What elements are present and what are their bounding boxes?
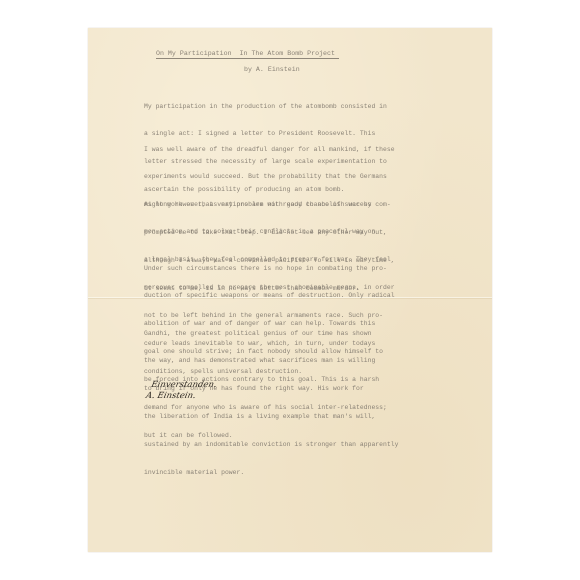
text-line: the liberation of India is a living exam… <box>144 412 398 421</box>
text-line: I was well aware of the dreadful danger … <box>144 145 395 154</box>
signature-approval: Einverstanden. <box>150 380 218 391</box>
text-line: As long however, as nations are not read… <box>144 200 395 209</box>
text-line: Under such circumstances there is no hop… <box>144 264 395 273</box>
text-line: mon action and to solve their conflicts … <box>144 227 395 236</box>
document-title: On My Participation In The Atom Bomb Pro… <box>156 50 339 59</box>
text-line: invincible material power. <box>144 468 398 477</box>
document-byline: by A. Einstein <box>244 66 300 73</box>
handwritten-signature: Einverstanden. A. Einstein. <box>148 380 218 402</box>
document-page: On My Participation In The Atom Bomb Pro… <box>88 28 492 552</box>
text-line: sustained by an indomitable conviction i… <box>144 440 398 449</box>
text-line: the way, and has demonstrated what sacri… <box>144 356 398 365</box>
paragraph-5: Gandhi, the greatest political genius of… <box>144 310 398 496</box>
text-line: duction of specific weapons or means of … <box>144 291 395 300</box>
text-line: Gandhi, the greatest political genius of… <box>144 329 398 338</box>
text-line: My participation in the production of th… <box>144 102 387 111</box>
signature-name: A. Einstein. <box>145 391 216 402</box>
